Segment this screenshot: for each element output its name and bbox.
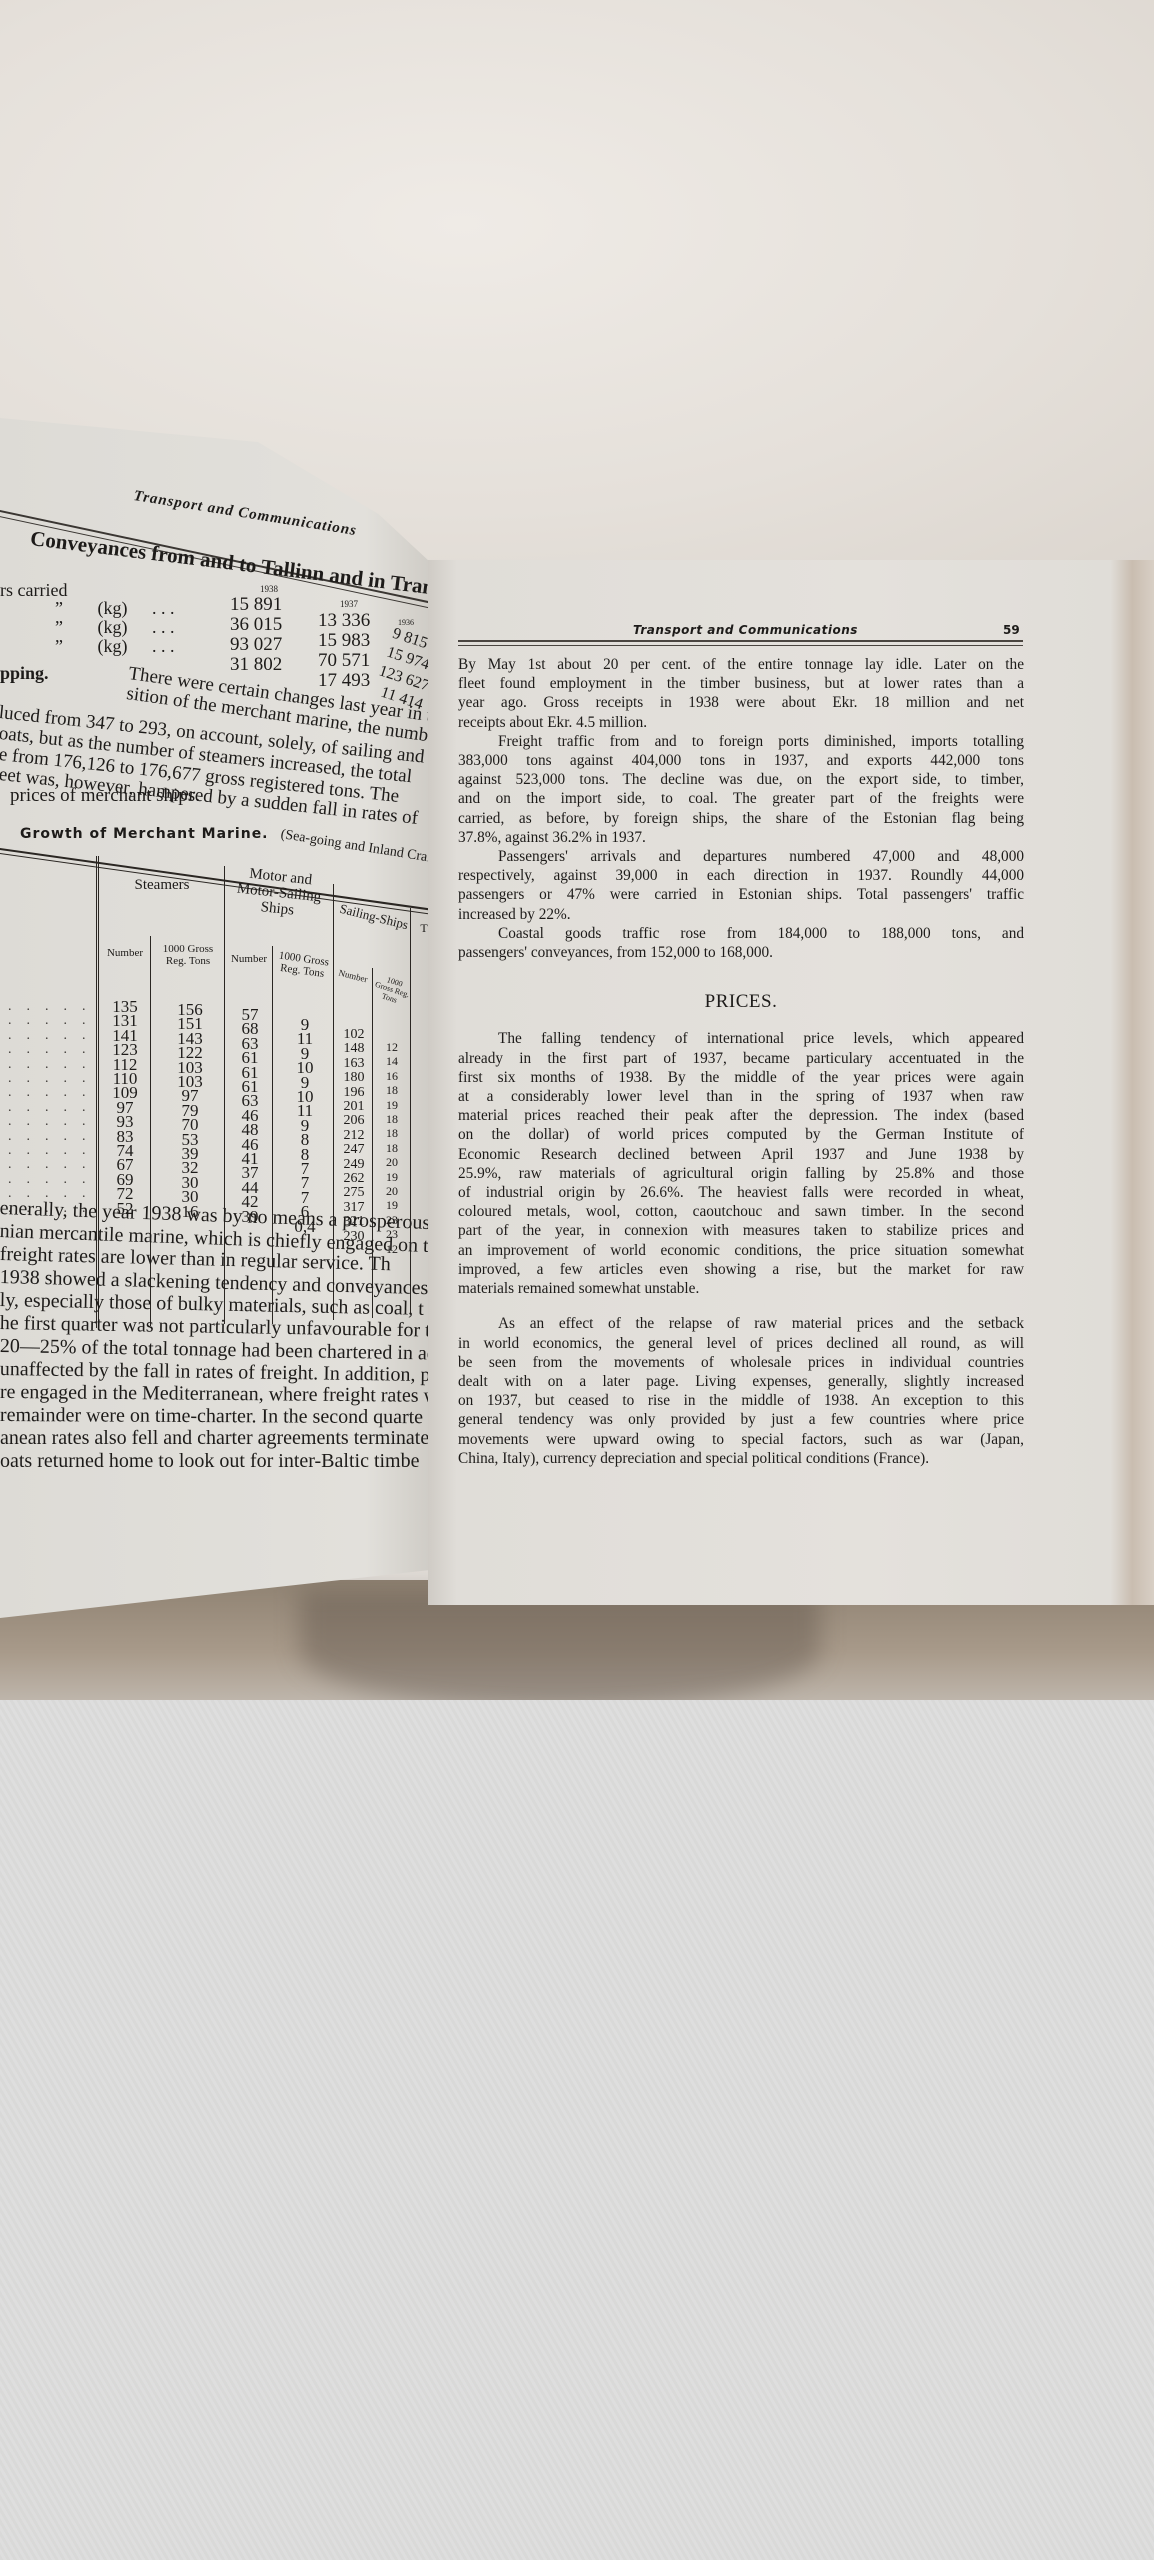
- cell-value: 247: [336, 1143, 372, 1157]
- paragraph-coastal-traffic: Coastal goods traffic rose from 184,000 …: [458, 924, 1024, 962]
- text-line: anean rates also fell and charter agreem…: [0, 1428, 429, 1448]
- text-line: passengers or 47% were carried in Estoni…: [458, 885, 1024, 904]
- table-subtitle: (Sea-going and Inland Craft): [280, 827, 430, 868]
- subheader-number: Number: [333, 968, 372, 986]
- text-line: movements were upward owing to special f…: [458, 1430, 1024, 1449]
- subheader-gross-tons: 1000 Gross Reg. Tons: [152, 944, 224, 967]
- cell-value: 15 983: [318, 630, 370, 652]
- unit-label: (kg): [98, 617, 128, 637]
- text-line: receipts about Ekr. 4.5 million.: [458, 713, 1024, 732]
- book-spine-shadow: [300, 1590, 820, 1710]
- cell-value: 18: [374, 1141, 410, 1155]
- cell-value: 12: [374, 1040, 410, 1054]
- cell-value: 262: [336, 1172, 372, 1186]
- ditto-mark: ”: [55, 617, 63, 637]
- text-line: Freight traffic from and to foreign port…: [458, 732, 1024, 751]
- conveyances-table-title: Conveyances from and to Tallinn and in T…: [29, 526, 430, 604]
- paragraph-freight-traffic: Freight traffic from and to foreign port…: [458, 732, 1024, 847]
- cell-value: 19: [374, 1098, 410, 1112]
- conveyances-row: ” (kg) . . .: [55, 598, 175, 619]
- cell-value: 206: [336, 1114, 372, 1128]
- text-line: materials remained somewhat unstable.: [458, 1279, 1024, 1298]
- text-line: material prices reached their peak after…: [458, 1106, 1024, 1125]
- text-line: increased by 22%.: [458, 905, 1024, 924]
- leader-dots: . . .: [152, 636, 175, 656]
- cell-value: 14: [374, 1054, 410, 1068]
- text-line: part of the year, in connexion with meas…: [458, 1221, 1024, 1240]
- cell-value: 249: [336, 1158, 372, 1172]
- text-line: on 1937, but ceased to rise in the middl…: [458, 1391, 1024, 1410]
- column-steamers-number: 135 131 141 123 112 110 109 97 93 83 74 …: [100, 1000, 150, 1216]
- text-line: remainder were on time-charter. In the s…: [0, 1405, 423, 1427]
- text-line: and on the import side, to coal. The gre…: [458, 789, 1024, 808]
- conveyances-row: ” (kg) . . .: [55, 636, 175, 657]
- text-line: of industrial origin by 26.6%. The heavi…: [458, 1183, 1024, 1202]
- text-line: already in the first part of 1937, becam…: [458, 1049, 1024, 1068]
- text-line: in world economics, the general level of…: [458, 1334, 1024, 1353]
- paragraph-passengers: Passengers' arrivals and departures numb…: [458, 847, 1024, 924]
- right-page: Transport and Communications 59 By May 1…: [428, 560, 1154, 1605]
- text-line: The falling tendency of international pr…: [458, 1029, 1024, 1048]
- leader-dots: . . .: [152, 617, 175, 637]
- text-line: an improvement of world economic conditi…: [458, 1241, 1024, 1260]
- text-line: passengers' conveyances, from 152,000 to…: [458, 943, 1024, 962]
- subheader-number: Number: [226, 954, 272, 966]
- cell-value: 18: [374, 1112, 410, 1126]
- year-label-1937: 1937: [340, 599, 358, 609]
- text-line: Coastal goods traffic rose from 184,000 …: [458, 924, 1024, 943]
- cell-value: 18: [374, 1083, 410, 1097]
- subheader-gross-tons: 1000 Gross Reg. Tons: [273, 950, 334, 981]
- cell-value: 20: [374, 1155, 410, 1169]
- column-steamers-tons: 156 151 143 122 103 103 97 79 70 53 39 3…: [160, 1003, 220, 1219]
- text-line: be seen from the movements of wholesale …: [458, 1353, 1024, 1372]
- unit-label: (kg): [98, 636, 128, 656]
- text-line: at a considerably lower level than in th…: [458, 1087, 1024, 1106]
- column-group-total: T: [414, 922, 430, 935]
- conveyances-row: ” (kg) . . .: [55, 617, 175, 638]
- paragraph-price-effects: As an effect of the relapse of raw mater…: [458, 1314, 1024, 1468]
- cell-value: 163: [336, 1057, 372, 1071]
- subheader-number: Number: [100, 948, 150, 960]
- cell-value: 180: [336, 1071, 372, 1085]
- paragraph-tonnage: By May 1st about 20 per cent. of the ent…: [458, 655, 1024, 732]
- column-motor-tons: 9 11 9 10 9 10 11 9 8 8 7 7 7 6 0,4: [280, 1018, 330, 1234]
- ditto-mark: ”: [55, 598, 63, 618]
- cell-value: 16: [374, 1069, 410, 1083]
- text-line: general tendency was only provided by ju…: [458, 1410, 1024, 1429]
- right-running-head: Transport and Communications: [633, 623, 858, 637]
- cell-value: 275: [336, 1186, 372, 1200]
- text-line: Economic Research declined between April…: [458, 1145, 1024, 1164]
- page-number: 59: [1003, 623, 1020, 637]
- cell-value: 70 571: [318, 650, 370, 672]
- cell-value: 20: [374, 1184, 410, 1198]
- text-line: coloured metals, wool, cotton, caoutchou…: [458, 1202, 1024, 1221]
- left-running-head: Transport and Communications: [132, 488, 358, 540]
- left-page: Transport and Communications Conveyances…: [0, 418, 430, 1618]
- leader-dots-column: ........................................…: [8, 1000, 101, 1216]
- column-group-motor-ships: Motor and Motor-Sailing Ships: [224, 865, 334, 923]
- text-line: first six months of 1938. By the middle …: [458, 1068, 1024, 1087]
- row-label: rs carried: [0, 580, 67, 600]
- subheader-gross-tons: 1000 Gross Reg. Tons: [371, 973, 413, 1008]
- text-line: fleet found employment in the timber bus…: [458, 674, 1024, 693]
- text-line: on the dollar) of world prices computed …: [458, 1125, 1024, 1144]
- unit-label: (kg): [98, 598, 128, 618]
- text-line: By May 1st about 20 per cent. of the ent…: [458, 655, 1024, 674]
- paragraph-price-levels: The falling tendency of international pr…: [458, 1029, 1024, 1298]
- cell-value: 31 802: [230, 654, 282, 676]
- cell-value: 17 493: [318, 670, 370, 692]
- cell-value: 93 027: [230, 634, 282, 656]
- cell-value: 36 015: [230, 614, 282, 636]
- cell-value: 18: [374, 1126, 410, 1140]
- table-title-text: Growth of Merchant Marine.: [20, 826, 269, 842]
- text-line: 25.9%, raw materials of agricultural ori…: [458, 1164, 1024, 1183]
- header-rule: [458, 640, 1023, 646]
- text-line: 37.8%, against 36.2% in 1937.: [458, 828, 1024, 847]
- text-line: respectively, against 39,000 in each dir…: [458, 866, 1024, 885]
- cell-value: 148: [336, 1042, 372, 1056]
- tablecloth-background-bottom: [0, 1700, 1154, 2560]
- text-line: dealt with on a later page. Living expen…: [458, 1372, 1024, 1391]
- text-line: improved, a few articles even showing a …: [458, 1260, 1024, 1279]
- text-line: against 523,000 tons. The decline was du…: [458, 770, 1024, 789]
- column-motor-number: 57 68 63 61 61 61 63 46 48 46 41 37 44 4…: [228, 1008, 272, 1224]
- text-line: carried, as before, by foreign ships, th…: [458, 809, 1024, 828]
- leader-dots: . . .: [152, 598, 175, 618]
- text-line: prices of merchant ships.: [10, 786, 200, 805]
- cell-value: 102: [336, 1028, 372, 1042]
- text-line: China, Italy), currency depreciation and…: [458, 1449, 1024, 1468]
- text-line: oats returned home to look out for inter…: [0, 1451, 420, 1471]
- text-line: year ago. Gross receipts in 1938 were ab…: [458, 693, 1024, 712]
- cell-value: 196: [336, 1086, 372, 1100]
- year-label-1938: 1938: [260, 584, 278, 594]
- column-group-steamers: Steamers: [102, 878, 222, 894]
- paragraph-gap: [458, 1298, 1024, 1314]
- cell-value: 15 891: [230, 594, 282, 616]
- cell-value: 13 336: [318, 610, 370, 632]
- text-line: As an effect of the relapse of raw mater…: [458, 1314, 1024, 1333]
- cell-value: 201: [336, 1100, 372, 1114]
- cell-value: 212: [336, 1129, 372, 1143]
- text-line: re engaged in the Mediterranean, where f…: [0, 1382, 430, 1406]
- text-line: Passengers' arrivals and departures numb…: [458, 847, 1024, 866]
- right-page-body: By May 1st about 20 per cent. of the ent…: [458, 655, 1024, 1468]
- section-heading-prices: PRICES.: [458, 992, 1024, 1011]
- text-line: 383,000 tons against 404,000 tons in 193…: [458, 751, 1024, 770]
- cell-value: 19: [374, 1170, 410, 1184]
- ditto-mark: ”: [55, 636, 63, 656]
- merchant-marine-table-title: Growth of Merchant Marine. (Sea-going an…: [20, 826, 430, 843]
- shipping-section-label: pping.: [0, 663, 49, 684]
